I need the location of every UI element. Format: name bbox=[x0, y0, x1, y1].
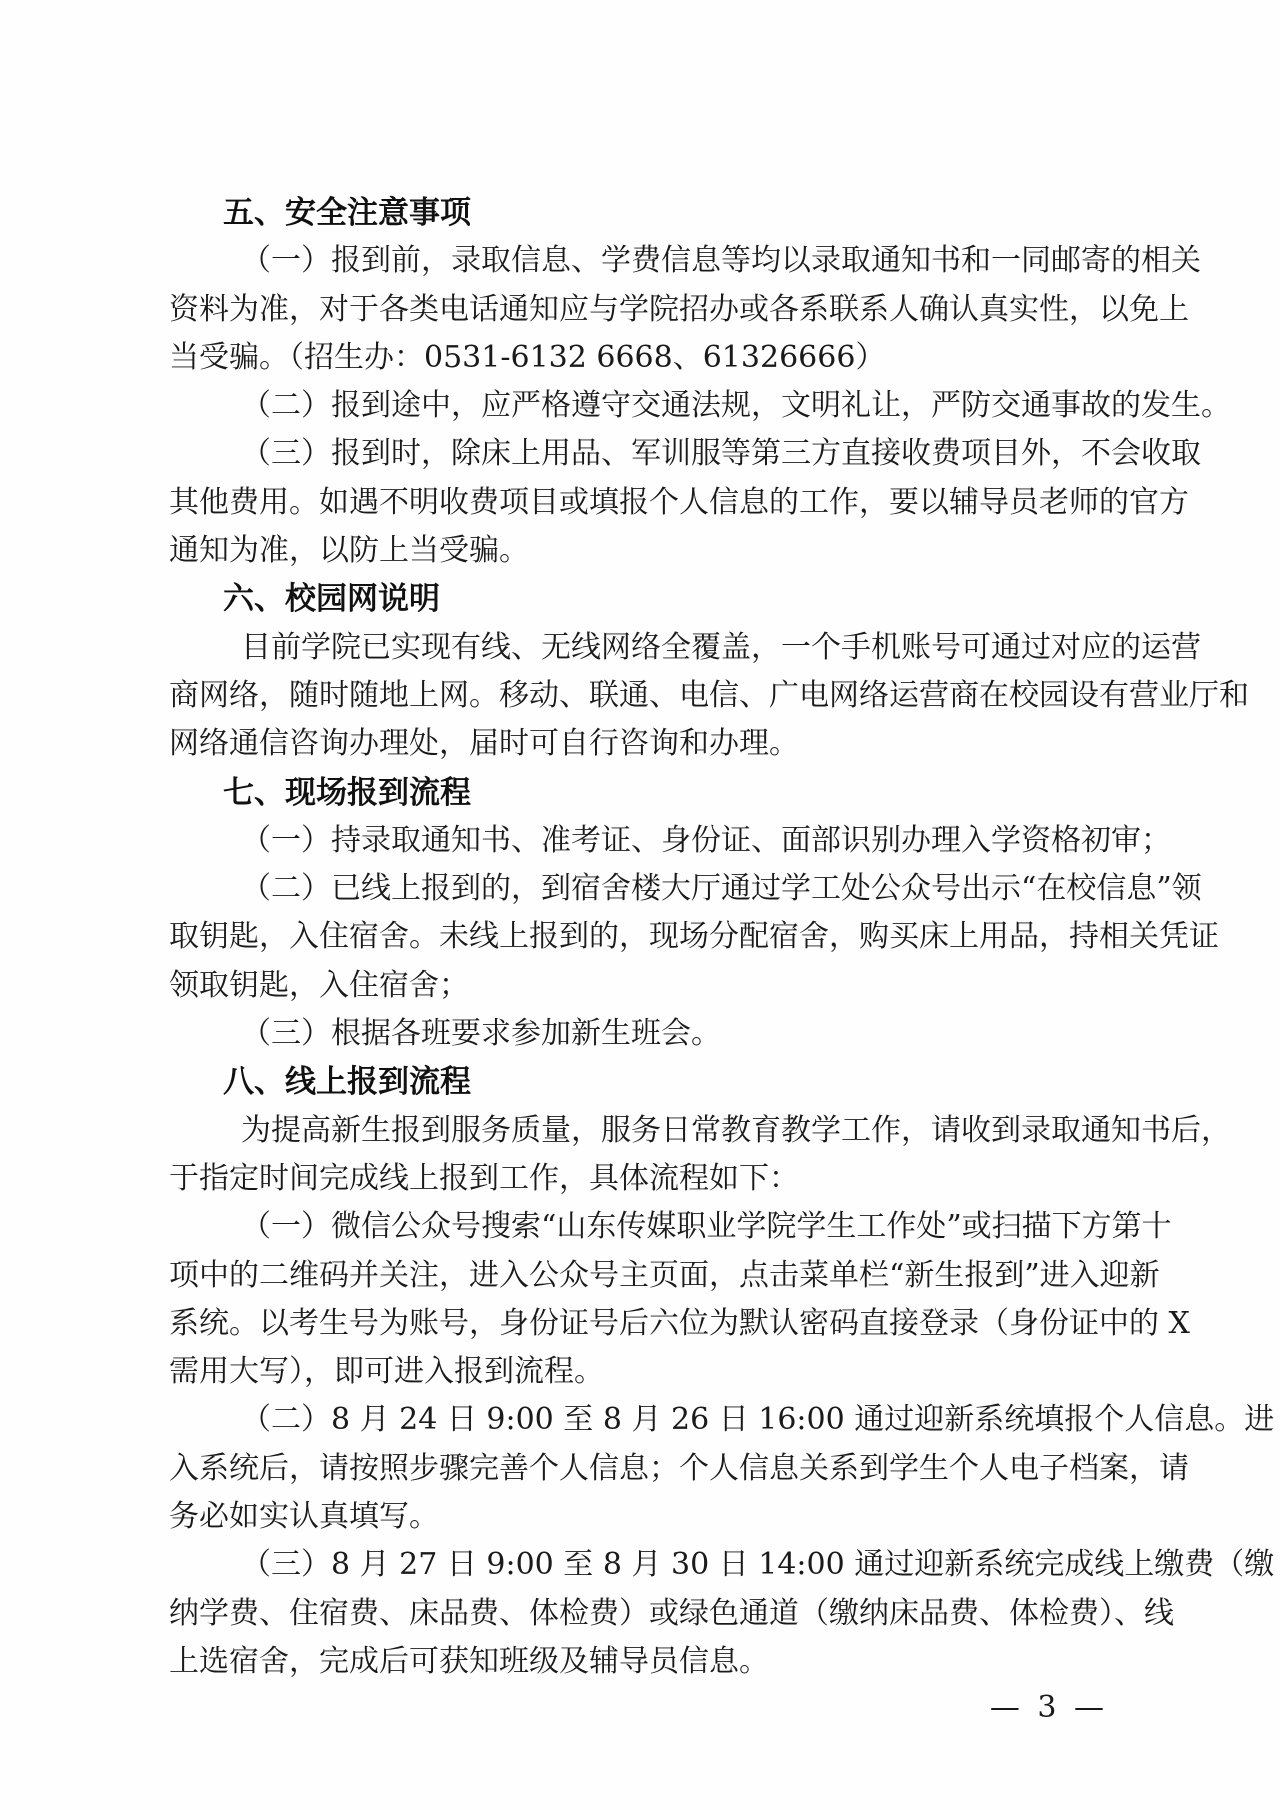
paragraph-line: 为提高新生报到服务质量，服务日常教育教学工作，请收到录取通知书后， bbox=[169, 1107, 1113, 1155]
paragraph-onsite-2: （二）已线上报到的，到宿舍楼大厅通过学工处公众号出示“在校信息”领 取钥匙，入住… bbox=[169, 865, 1113, 1010]
paragraph-line: （三）8 月 27 日 9:00 至 8 月 30 日 14:00 通过迎新系统… bbox=[169, 1541, 1113, 1589]
paragraph-safety-3: （三）报到时，除床上用品、军训服等第三方直接收费项目外，不会收取 其他费用。如遇… bbox=[169, 430, 1113, 575]
paragraph-onsite-3: （三）根据各班要求参加新生班会。 bbox=[169, 1010, 1113, 1058]
section-heading-online-registration: 八、线上报到流程 bbox=[169, 1058, 1113, 1106]
paragraph-line: 网络通信咨询办理处，届时可自行咨询和办理。 bbox=[169, 720, 1113, 768]
paragraph-line: （二）8 月 24 日 9:00 至 8 月 26 日 16:00 通过迎新系统… bbox=[169, 1396, 1113, 1444]
paragraph-line: （一）报到前，录取信息、学费信息等均以录取通知书和一同邮寄的相关 bbox=[169, 237, 1113, 285]
paragraph-line: 资料为准，对于各类电话通知应与学院招办或各系联系人确认真实性，以免上 bbox=[169, 286, 1113, 334]
paragraph-line: 取钥匙，入住宿舍。未线上报到的，现场分配宿舍，购买床上用品，持相关凭证 bbox=[169, 913, 1113, 961]
paragraph-line: 入系统后，请按照步骤完善个人信息；个人信息关系到学生个人电子档案，请 bbox=[169, 1445, 1113, 1493]
paragraph-online-intro: 为提高新生报到服务质量，服务日常教育教学工作，请收到录取通知书后， 于指定时间完… bbox=[169, 1107, 1113, 1204]
paragraph-line: 其他费用。如遇不明收费项目或填报个人信息的工作，要以辅导员老师的官方 bbox=[169, 479, 1113, 527]
paragraph-line: 纳学费、住宿费、床品费、体检费）或绿色通道（缴纳床品费、体检费）、线 bbox=[169, 1590, 1113, 1638]
paragraph-online-1: （一）微信公众号搜索“山东传媒职业学院学生工作处”或扫描下方第十 项中的二维码并… bbox=[169, 1203, 1113, 1396]
paragraph-line: （一）微信公众号搜索“山东传媒职业学院学生工作处”或扫描下方第十 bbox=[169, 1203, 1113, 1251]
paragraph-line: 通知为准，以防上当受骗。 bbox=[169, 527, 1113, 575]
paragraph-line: （三）根据各班要求参加新生班会。 bbox=[169, 1010, 1113, 1058]
paragraph-line: 商网络，随时随地上网。移动、联通、电信、广电网络运营商在校园设有营业厅和 bbox=[169, 672, 1113, 720]
paragraph-line: 领取钥匙，入住宿舍； bbox=[169, 962, 1113, 1010]
paragraph-line: 于指定时间完成线上报到工作，具体流程如下： bbox=[169, 1155, 1113, 1203]
paragraph-line: 项中的二维码并关注，进入公众号主页面，点击菜单栏“新生报到”进入迎新 bbox=[169, 1252, 1113, 1300]
paragraph-line: 系统。以考生号为账号，身份证号后六位为默认密码直接登录（身份证中的 X bbox=[169, 1300, 1113, 1348]
paragraph-line: （三）报到时，除床上用品、军训服等第三方直接收费项目外，不会收取 bbox=[169, 430, 1113, 478]
paragraph-line: 需用大写），即可进入报到流程。 bbox=[169, 1348, 1113, 1396]
paragraph-online-3: （三）8 月 27 日 9:00 至 8 月 30 日 14:00 通过迎新系统… bbox=[169, 1541, 1113, 1686]
section-heading-safety: 五、安全注意事项 bbox=[169, 189, 1113, 237]
paragraph-campus-network: 目前学院已实现有线、无线网络全覆盖，一个手机账号可通过对应的运营 商网络，随时随… bbox=[169, 624, 1113, 769]
paragraph-onsite-1: （一）持录取通知书、准考证、身份证、面部识别办理入学资格初审； bbox=[169, 817, 1113, 865]
paragraph-line: （一）持录取通知书、准考证、身份证、面部识别办理入学资格初审； bbox=[169, 817, 1113, 865]
section-heading-onsite-registration: 七、现场报到流程 bbox=[169, 769, 1113, 817]
paragraph-online-2: （二）8 月 24 日 9:00 至 8 月 26 日 16:00 通过迎新系统… bbox=[169, 1396, 1113, 1541]
section-heading-campus-network: 六、校园网说明 bbox=[169, 575, 1113, 623]
paragraph-line: （二）已线上报到的，到宿舍楼大厅通过学工处公众号出示“在校信息”领 bbox=[169, 865, 1113, 913]
paragraph-safety-2: （二）报到途中，应严格遵守交通法规，文明礼让，严防交通事故的发生。 bbox=[169, 382, 1113, 430]
document-body: 五、安全注意事项 （一）报到前，录取信息、学费信息等均以录取通知书和一同邮寄的相… bbox=[169, 189, 1113, 1686]
paragraph-safety-1: （一）报到前，录取信息、学费信息等均以录取通知书和一同邮寄的相关 资料为准，对于… bbox=[169, 237, 1113, 382]
paragraph-line: 上选宿舍，完成后可获知班级及辅导员信息。 bbox=[169, 1638, 1113, 1686]
paragraph-line: 务必如实认真填写。 bbox=[169, 1493, 1113, 1541]
paragraph-line: 目前学院已实现有线、无线网络全覆盖，一个手机账号可通过对应的运营 bbox=[169, 624, 1113, 672]
document-page: 五、安全注意事项 （一）报到前，录取信息、学费信息等均以录取通知书和一同邮寄的相… bbox=[0, 0, 1280, 1810]
paragraph-line: （二）报到途中，应严格遵守交通法规，文明礼让，严防交通事故的发生。 bbox=[169, 382, 1113, 430]
paragraph-line: 当受骗。（招生办：0531-6132 6668、61326666） bbox=[169, 334, 1113, 382]
page-number: — 3 — bbox=[990, 1688, 1108, 1728]
